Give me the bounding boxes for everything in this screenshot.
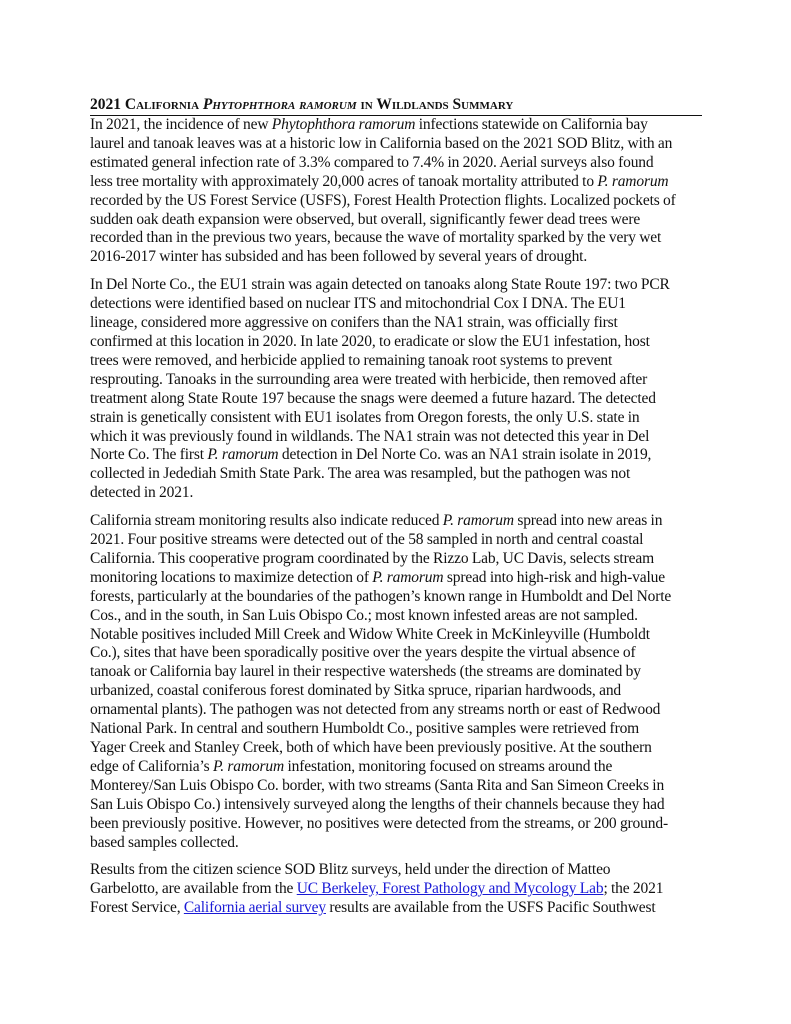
text-line: lineage, considered more aggressive on c… [90,314,702,333]
text-line: California. This cooperative program coo… [90,550,702,569]
text-line: treatment along State Route 197 because … [90,390,702,409]
paragraph-infection-summary: In 2021, the incidence of new Phytophtho… [90,116,702,267]
heading-part-1: 2021 California [90,96,203,113]
text-line: detected in 2021. [90,484,702,503]
paragraph-results-links: Results from the citizen science SOD Bli… [90,861,702,918]
section-heading: 2021 California Phytophthora ramorum in … [90,96,702,116]
text-line: National Park. In central and southern H… [90,720,702,739]
text-line: Monterey/San Luis Obispo Co. border, wit… [90,777,702,796]
italic-species-name: P. ramorum [597,173,668,190]
text-line: In Del Norte Co., the EU1 strain was aga… [90,276,702,295]
link-uc-berkeley-lab[interactable]: UC Berkeley, Forest Pathology and Mycolo… [297,880,604,897]
text-line: edge of California’s P. ramorum infestat… [90,758,702,777]
text-line: detections were identified based on nucl… [90,295,702,314]
text-line: San Luis Obispo Co.) intensively surveye… [90,796,702,815]
text-line: Cos., and in the south, in San Luis Obis… [90,607,702,626]
text-line: less tree mortality with approximately 2… [90,173,702,192]
text-line: laurel and tanoak leaves was at a histor… [90,135,702,154]
text-line: estimated general infection rate of 3.3%… [90,154,702,173]
italic-species-name: P. ramorum [207,446,278,463]
text-line: Norte Co. The first P. ramorum detection… [90,446,702,465]
text-line: Co.), sites that have been sporadically … [90,644,702,663]
text-line: confirmed at this location in 2020. In l… [90,333,702,352]
text-line: collected in Jedediah Smith State Park. … [90,465,702,484]
text-line: resprouting. Tanoaks in the surrounding … [90,371,702,390]
text-line: In 2021, the incidence of new Phytophtho… [90,116,702,135]
text-line: Forest Service, California aerial survey… [90,899,702,918]
paragraph-stream-monitoring: California stream monitoring results als… [90,512,702,852]
heading-species-name: Phytophthora ramorum [203,96,357,113]
document-page: 2021 California Phytophthora ramorum in … [90,96,702,927]
text-line: recorded than in the previous two years,… [90,229,702,248]
link-california-aerial-survey[interactable]: California aerial survey [184,899,326,916]
text-line: Notable positives included Mill Creek an… [90,626,702,645]
text-line: been previously positive. However, no po… [90,815,702,834]
text-line: strain is genetically consistent with EU… [90,409,702,428]
text-line: tanoak or California bay laurel in their… [90,663,702,682]
text-line: forests, particularly at the boundaries … [90,588,702,607]
text-line: monitoring locations to maximize detecti… [90,569,702,588]
text-line: sudden oak death expansion were observed… [90,211,702,230]
text-line: based samples collected. [90,834,702,853]
text-line: Yager Creek and Stanley Creek, both of w… [90,739,702,758]
text-line: urbanized, coastal coniferous forest dom… [90,682,702,701]
text-line: 2021. Four positive streams were detecte… [90,531,702,550]
italic-species-name: P. ramorum [213,758,284,775]
text-line: ornamental plants). The pathogen was not… [90,701,702,720]
italic-species-name: Phytophthora ramorum [272,116,416,133]
italic-species-name: P. ramorum [372,569,443,586]
text-line: Garbelotto, are available from the UC Be… [90,880,702,899]
italic-species-name: P. ramorum [443,512,514,529]
text-line: California stream monitoring results als… [90,512,702,531]
text-line: which it was previously found in wildlan… [90,428,702,447]
text-line: 2016-2017 winter has subsided and has be… [90,248,702,267]
heading-part-3: in Wildlands Summary [357,96,514,113]
text-line: recorded by the US Forest Service (USFS)… [90,192,702,211]
paragraph-del-norte-eu1: In Del Norte Co., the EU1 strain was aga… [90,276,702,503]
text-line: trees were removed, and herbicide applie… [90,352,702,371]
text-line: Results from the citizen science SOD Bli… [90,861,702,880]
